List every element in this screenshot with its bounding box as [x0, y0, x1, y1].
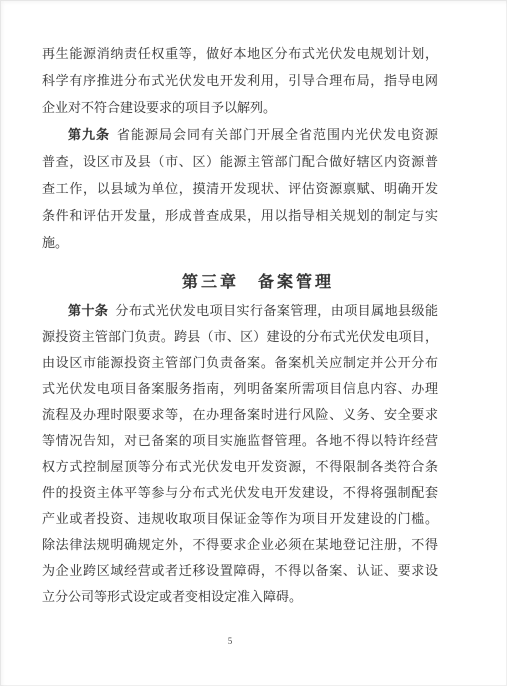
- body-line: 第九条省能源局会同有关部门开展全省范围内光伏发电资源: [42, 121, 438, 148]
- body-line: 条件和评估开发量，形成普查成果，用以指导相关规划的制定与实: [42, 202, 438, 229]
- body-line: 普查，设区市及县（市、区）能源主管部门配合做好辖区内资源普: [42, 148, 438, 175]
- page-number: 5: [32, 636, 428, 646]
- body-line: 权方式控制屋顶等分布式光伏发电开发资源，不得限制各类符合条: [42, 454, 438, 480]
- chapter-heading: 第三章 备案管理: [60, 268, 456, 298]
- body-line: 源投资主管部门负责。跨县（市、区）建设的分布式光伏发电项目，: [42, 324, 438, 350]
- body-line: 再生能源消纳责任权重等，做好本地区分布式光伏发电规划计划，: [42, 40, 438, 67]
- paragraph-article-9: 第九条省能源局会同有关部门开展全省范围内光伏发电资源 普查，设区市及县（市、区）…: [42, 121, 438, 256]
- body-line: 立分公司等形式设定或者变相设定准入障碍。: [42, 584, 438, 610]
- paragraph-continuation: 再生能源消纳责任权重等，做好本地区分布式光伏发电规划计划， 科学有序推进分布式光…: [42, 40, 438, 121]
- body-line: 为企业跨区域经营或者迁移设置障碍，不得以备案、认证、要求设: [42, 558, 438, 584]
- body-line: 第十条分布式光伏发电项目实行备案管理，由项目属地县级能: [42, 298, 438, 324]
- body-line: 流程及办理时限要求等，在办理备案时进行风险、义务、安全要求: [42, 402, 438, 428]
- article-text: 省能源局会同有关部门开展全省范围内光伏发电资源: [117, 127, 438, 142]
- paragraph-article-10: 第十条分布式光伏发电项目实行备案管理，由项目属地县级能 源投资主管部门负责。跨县…: [42, 298, 438, 610]
- body-line: 施。: [42, 229, 438, 256]
- body-line: 科学有序推进分布式光伏发电开发利用，引导合理布局，指导电网: [42, 67, 438, 94]
- body-line: 除法律法规明确规定外，不得要求企业必须在某地登记注册，不得: [42, 532, 438, 558]
- body-line: 等情况告知，对已备案的项目实施监督管理。各地不得以特许经营: [42, 428, 438, 454]
- article-number: 第十条: [68, 303, 108, 318]
- text-block: 再生能源消纳责任权重等，做好本地区分布式光伏发电规划计划， 科学有序推进分布式光…: [42, 40, 438, 610]
- article-number: 第九条: [68, 127, 110, 142]
- body-line: 企业对不符合建设要求的项目予以解列。: [42, 94, 438, 121]
- body-line: 查工作，以县域为单位，摸清开发现状、评估资源禀赋、明确开发: [42, 175, 438, 202]
- body-line: 件的投资主体平等参与分布式光伏发电开发建设，不得将强制配套: [42, 480, 438, 506]
- body-line: 由设区市能源投资主管部门负责备案。备案机关应制定并公开分布: [42, 350, 438, 376]
- body-line: 式光伏发电项目备案服务指南，列明备案所需项目信息内容、办理: [42, 376, 438, 402]
- body-line: 产业或者投资、违规收取项目保证金等作为项目开发建设的门槛。: [42, 506, 438, 532]
- document-page: 再生能源消纳责任权重等，做好本地区分布式光伏发电规划计划， 科学有序推进分布式光…: [0, 0, 507, 686]
- article-text: 分布式光伏发电项目实行备案管理，由项目属地县级能: [115, 303, 438, 318]
